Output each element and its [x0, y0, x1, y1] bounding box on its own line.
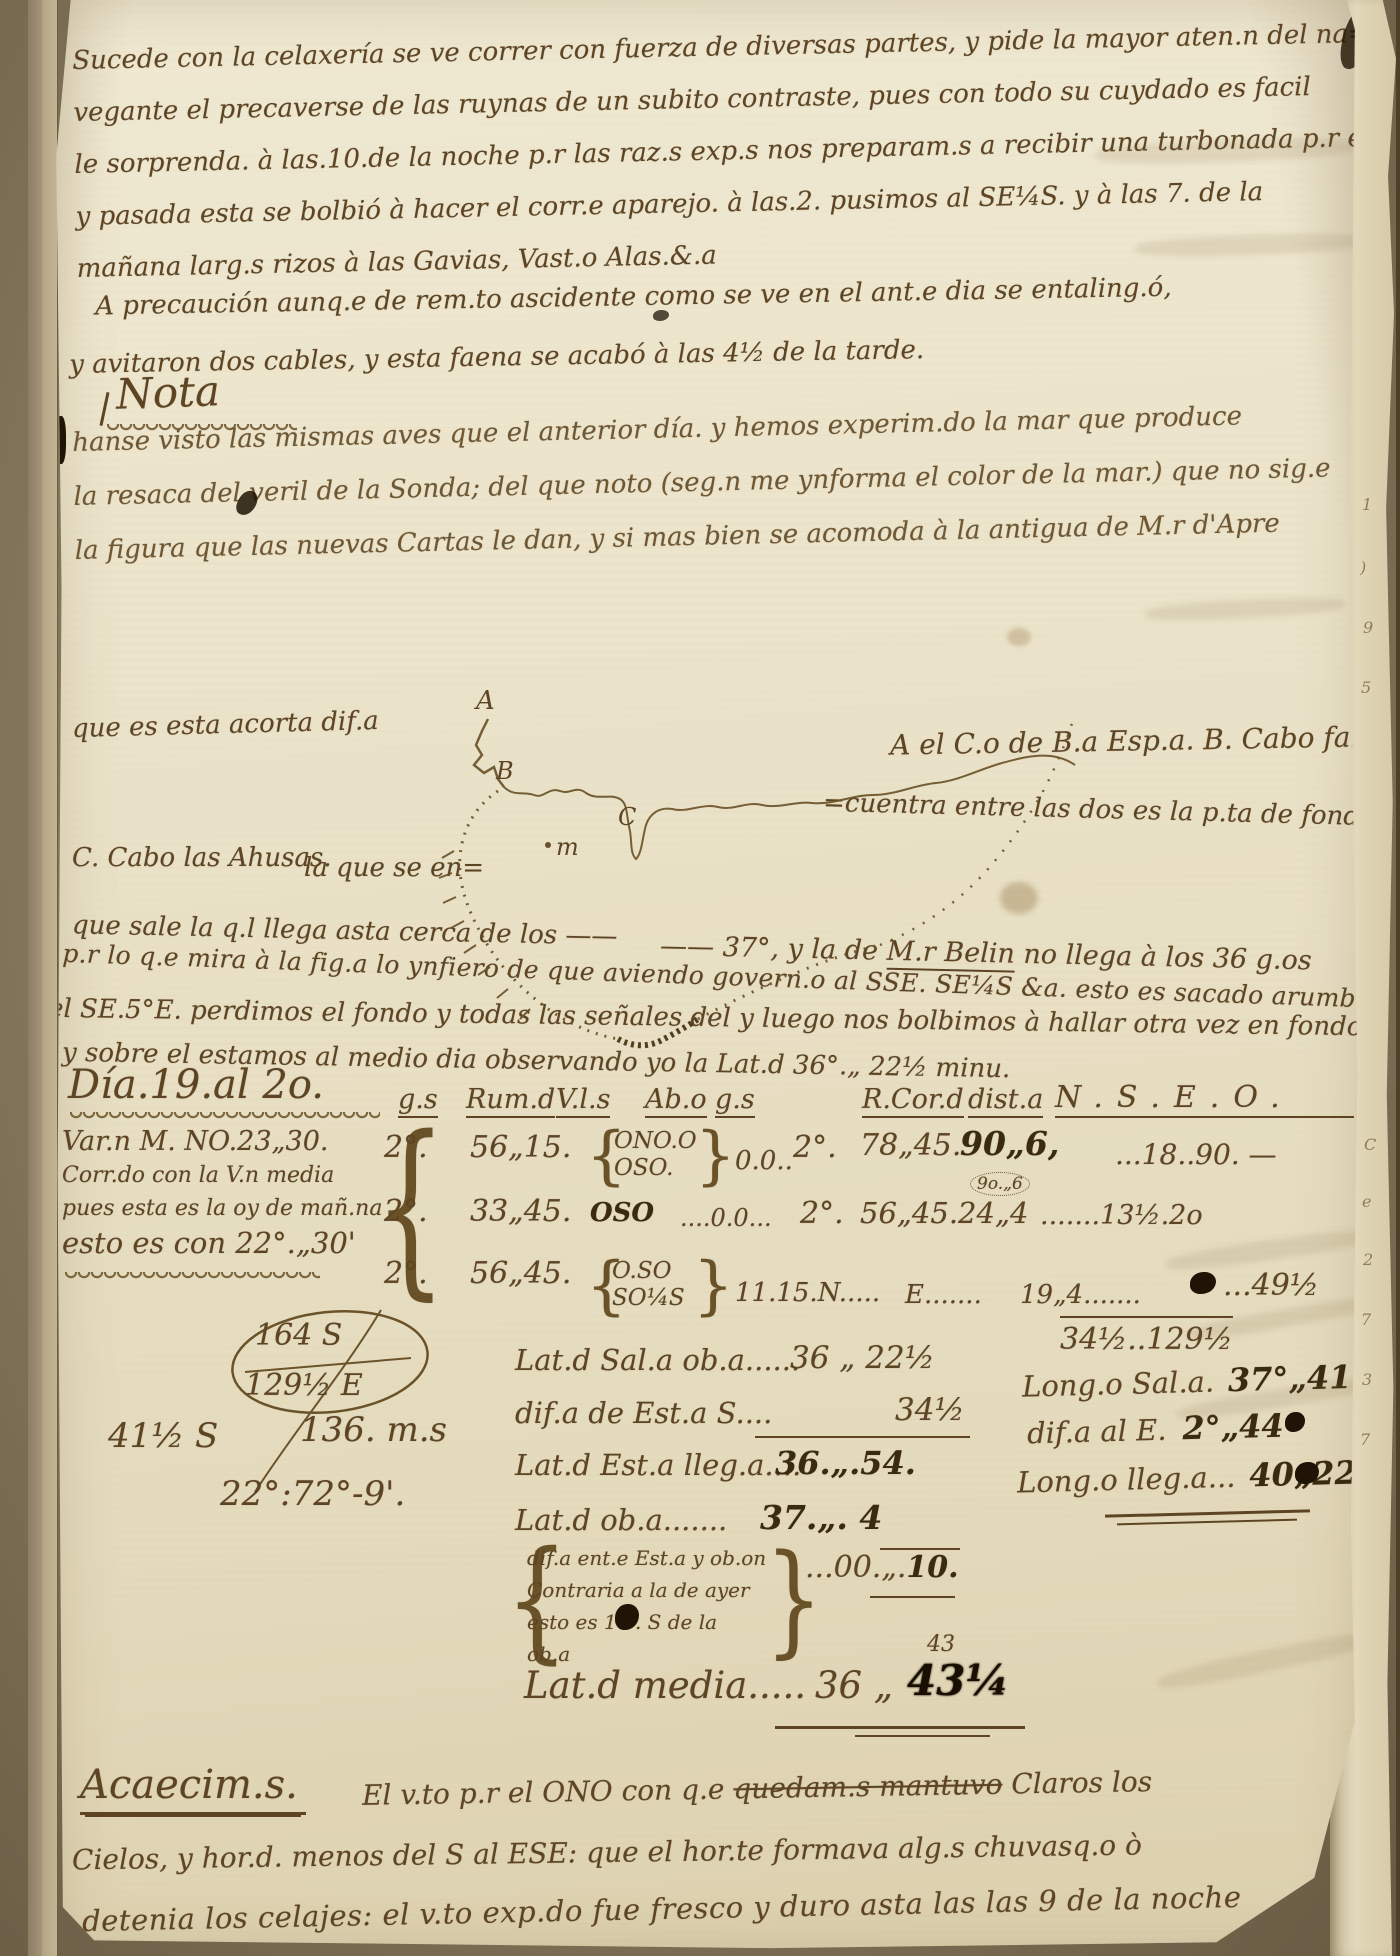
cell-distancia: .......13½.2o — [1040, 1200, 1203, 1231]
cell-winds: O.SO SO¼S — [612, 1258, 685, 1312]
map-dotted-track-east — [698, 945, 880, 1019]
log-line: la resaca del veril de la Sonda; del que… — [73, 453, 1331, 512]
map-label-a: A — [474, 686, 495, 716]
long-label: Long.o lleg.a... — [1017, 1460, 1236, 1500]
nota-heading: Nota — [115, 366, 221, 419]
lat-media-pre: 36 „ — [815, 1664, 893, 1707]
map-sounding-bank — [618, 1019, 698, 1045]
sum-line — [1105, 1509, 1310, 1517]
cell-abatimiento: 11.15.N..... — [735, 1278, 880, 1308]
difference-value: ...00.„.10. — [805, 1550, 959, 1585]
wind-value: OSO. — [614, 1155, 697, 1182]
difference-note-line: ob.a — [527, 1642, 570, 1666]
acaecim-struck-words: quedam.s mantuvo — [733, 1768, 1003, 1806]
log-line: la figura que las nuevas Cartas le dan, … — [74, 507, 1332, 566]
log-line: y avitaron dos cables, y esta faena se a… — [69, 331, 1146, 380]
sum-line — [775, 1726, 1025, 1729]
lat-media-superscript: 43 — [927, 1632, 955, 1657]
cell-rumbo-corregido: 56„45.24„4 — [860, 1196, 1028, 1230]
cell-rumbo-corregido-correction: 90„6, — [960, 1124, 1059, 1163]
page-stack-edge-2 — [42, 0, 58, 1956]
nota-paragraph: hanse visto las mismas aves que el anter… — [72, 399, 1331, 517]
log-paragraph-entry: Sucede con la celaxería se ve correr con… — [72, 17, 1400, 196]
cell-distancia: ...18..90. — — [1115, 1138, 1277, 1171]
cell-grados: 2°. — [384, 1256, 428, 1291]
sum-denominator: 129½ E — [245, 1368, 363, 1403]
margin-text-fragment: 1 — [1362, 495, 1372, 514]
cell-grados: 2°. — [384, 1130, 428, 1165]
log-line: detenia los celajes: el v.to exp.do fue … — [82, 1880, 1242, 1938]
table-title: Día.19.al 2o. — [68, 1062, 324, 1108]
flourish-tick — [99, 392, 109, 426]
cell-grados: 2°. — [384, 1194, 428, 1229]
cell-grados-2: 2°. — [800, 1196, 844, 1231]
map-hatch-marks — [439, 851, 530, 1019]
cell-sub-correction: 9o.„6 — [970, 1172, 1030, 1196]
log-line: Cielos, y hor.d. menos del S al ESE: que… — [72, 1829, 1142, 1877]
margin-text-fragment: 5 — [1361, 678, 1371, 697]
sum-line — [755, 1436, 970, 1438]
log-line: hanse visto las mismas aves que el anter… — [72, 399, 1330, 458]
cell-grados-2: 2°. — [793, 1130, 837, 1165]
table-header-distancia: dist.a — [968, 1084, 1043, 1118]
sum-line — [870, 1596, 955, 1598]
bleed-through-mark — [1145, 595, 1346, 623]
cell-rumbo-corregido: 78„45. — [860, 1128, 961, 1163]
lat-value: 36.„.54. — [775, 1444, 916, 1482]
margin-text-fragment: ) — [1360, 558, 1366, 577]
wind-value: ONO.O — [614, 1128, 697, 1155]
long-label: Long.o Sal.a. — [1022, 1365, 1215, 1404]
map-label-c: C — [618, 803, 636, 831]
map-point-m-dot — [545, 842, 551, 848]
map-label-m: m — [556, 833, 579, 861]
margin-text-fragment: C — [1364, 1135, 1376, 1154]
margin-text-fragment: 3 — [1362, 1370, 1372, 1389]
cell-abatimiento: 0.0.. — [735, 1146, 793, 1176]
lat-media-value: 43¼ — [907, 1656, 1009, 1705]
margin-text-fragment: 2 — [1363, 1250, 1373, 1269]
table-header-velas: V.l.s — [556, 1084, 610, 1118]
figure-intro-line: que es esta acorta dif.a — [72, 706, 379, 744]
long-label: dif.a al E. — [1027, 1413, 1167, 1451]
margin-text-fragment: e — [1362, 1192, 1371, 1211]
margin-text-fragment: 7 — [1360, 1430, 1370, 1449]
margin-text-fragment: 9 — [1363, 618, 1373, 637]
table-header-rumbo: Rum.d — [466, 1084, 555, 1118]
paper-stain — [1000, 882, 1038, 914]
difference-note-line: Contraria a la de ayer — [527, 1578, 750, 1602]
lat-label: Lat.d Est.a lleg.a.... — [515, 1448, 801, 1482]
manuscript-scan: Sucede con la celaxería se ve correr con… — [0, 0, 1400, 1956]
flourish-underline — [65, 1272, 320, 1280]
coastline-sketch-map: A B C m — [440, 693, 1100, 1053]
cell-rumbo: 56„45. — [470, 1256, 571, 1291]
manuscript-paper: Sucede con la celaxería se ve correr con… — [55, 0, 1360, 1956]
acaecim-post: Claros los — [1002, 1765, 1152, 1801]
difference-value-pre: ...00.„. — [805, 1550, 906, 1585]
difference-note-line: dif.a ent.e Est.a y ob.on — [527, 1546, 766, 1570]
log-line: y pasada esta se bolbió à hacer el corr.… — [75, 173, 1400, 232]
sum-numerator: 164 S — [255, 1318, 342, 1353]
margin-text-fragment: 7 — [1361, 1310, 1371, 1329]
cell-grados-2: E....... — [905, 1280, 982, 1310]
table-header-abatimiento: Ab.o — [645, 1084, 707, 1118]
ink-blot — [1190, 1272, 1216, 1294]
log-line: El v.to p.r el ONO con q.e quedam.s mant… — [362, 1765, 1153, 1812]
sum-degrees: 22°:72°-9'. — [220, 1474, 405, 1514]
variation-note-line: Var.n M. NO.23„30. — [62, 1126, 328, 1157]
map-label-b: B — [495, 757, 514, 785]
table-header-nseo: N.S.E.O. — [1055, 1080, 1354, 1118]
wind-brace-close: } — [695, 1124, 736, 1188]
table-header-grados-2: g.s — [715, 1084, 755, 1118]
sum-miles-south: 41½ S — [108, 1416, 218, 1456]
lat-label: dif.a de Est.a S.... — [515, 1396, 772, 1430]
cell-rumbo: 56„15. — [470, 1130, 571, 1165]
acaecim-pre: El v.to p.r el ONO con q.e — [362, 1772, 734, 1811]
cell-winds: OSO — [590, 1198, 654, 1228]
cell-winds: ONO.O OSO. — [614, 1128, 697, 1182]
acaecimientos-heading: Acaecim.s. — [80, 1762, 306, 1815]
wind-value: O.SO — [612, 1258, 685, 1285]
cell-rumbo: 33„45. — [470, 1194, 571, 1229]
cell-rumbo-corregido: 19„4....... — [1020, 1280, 1141, 1310]
bleed-through-mark — [1155, 1627, 1375, 1694]
variation-note-line: Corr.do con la V.n media — [62, 1163, 334, 1188]
lat-value: 36 „ 22½ — [790, 1340, 935, 1376]
lat-media-label: Lat.d media..... — [524, 1664, 806, 1707]
map-dotted-track-west — [460, 791, 618, 1039]
map-caption-c: C. Cabo las Ahusas. — [72, 843, 332, 873]
gutter-shadow — [1396, 0, 1400, 1956]
flourish-underline — [70, 1112, 380, 1120]
lat-value: 34½ — [895, 1392, 965, 1428]
cell-abatimiento: ....0.0... — [680, 1204, 772, 1232]
lat-label: Lat.d Sal.a ob.a...... — [515, 1343, 800, 1377]
table-header-rumbo-corregido: R.Cor.d — [862, 1084, 964, 1118]
log-line: Sucede con la celaxería se ve correr con… — [72, 17, 1400, 76]
page-stack-edge-1 — [28, 0, 43, 1956]
difference-value-minutes: 10. — [906, 1550, 958, 1585]
sum-line — [1117, 1519, 1297, 1526]
paper-stain — [1007, 628, 1031, 646]
wind-brace-close: } — [693, 1254, 734, 1318]
wind-value: SO¼S — [612, 1285, 685, 1312]
sum-line — [855, 1735, 990, 1737]
map-coastline — [504, 756, 1075, 859]
variation-note-line: esto es con 22°.„30' — [62, 1226, 356, 1260]
sum-miles-value: 136. m.s — [300, 1410, 447, 1450]
log-paragraph-precaution: A precaución aunq.e de rem.to ascidente … — [68, 273, 1145, 352]
ink-blot — [1285, 1412, 1305, 1432]
variation-note-line: pues esta es la oy de mañ.na — [62, 1196, 382, 1221]
log-line: vegante el precaverse de las ruynas de u… — [73, 69, 1400, 128]
long-row: dif.a al E.2°„44 — [1027, 1407, 1285, 1452]
cell-distancia: ...49½ — [1223, 1268, 1319, 1303]
